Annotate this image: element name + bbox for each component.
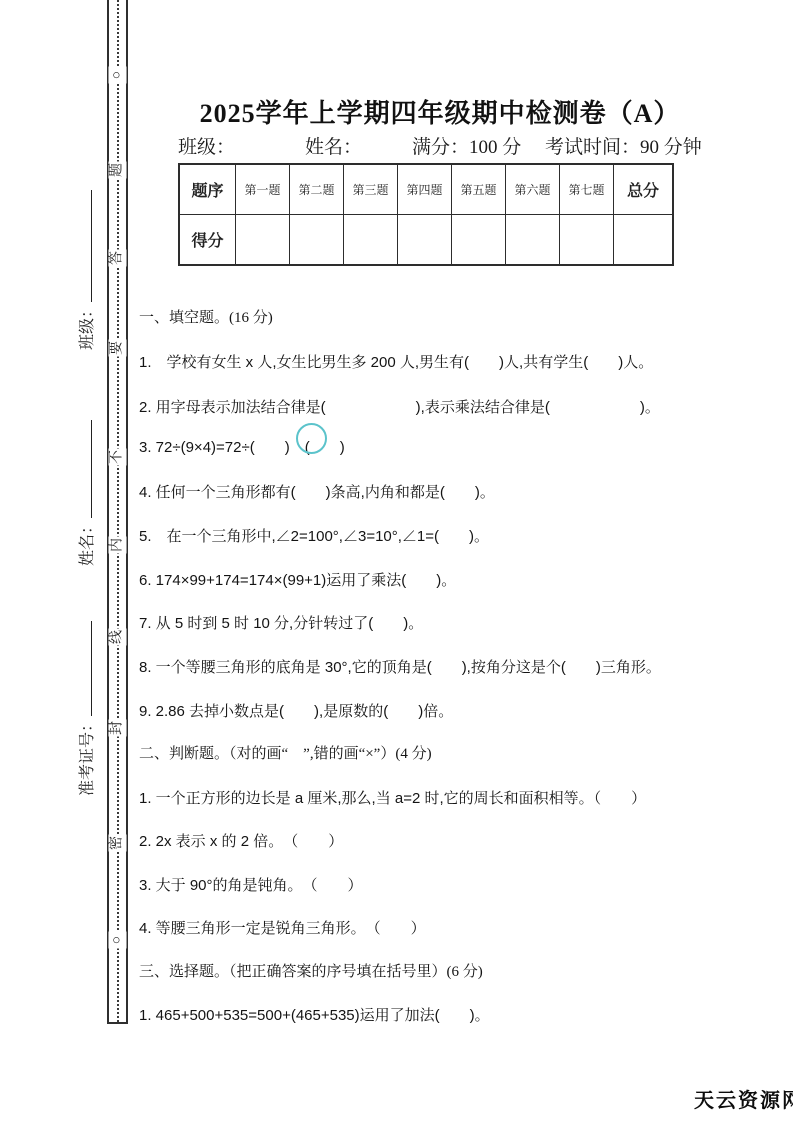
question: 3. 72÷(9×4)=72÷( ) ( ) [139,436,709,457]
question: 4. 任何一个三角形都有( )条高,内角和都是( )。 [139,481,709,502]
seal-char: 线 [109,629,127,646]
score-cell [290,215,344,266]
score-cell [506,215,560,266]
margin-examid-label: 准考证号： [74,621,97,796]
margin-examid-label-text: 准考证号： [79,716,96,796]
score-table-header-cell: 第七题 [560,164,614,215]
score-table-header-cell: 第六题 [506,164,560,215]
score-cell [614,215,674,266]
score-table-header-cell: 第三题 [344,164,398,215]
score-table-header-cell: 第四题 [398,164,452,215]
seal-line-column: ○ 题 答 要 不 内 线 封 密 ○ [107,0,128,1024]
score-cell [236,215,290,266]
question: 9. 2.86 去掉小数点是( ),是原数的( )倍。 [139,700,709,721]
score-cell [398,215,452,266]
question: 6. 174×99+174=174×(99+1)运用了乘法( )。 [139,569,709,590]
seal-char: 内 [109,537,127,554]
question: 2. 用字母表示加法结合律是( ),表示乘法结合律是( )。 [139,396,709,417]
score-cell [452,215,506,266]
question: 1. 学校有女生 x 人,女生比男生多 200 人,男生有( )人,共有学生( … [139,351,709,372]
watermark: 天云资源网 [694,1084,793,1113]
info-name-label: 姓名： [305,132,362,159]
seal-circle-icon: ○ [109,932,127,949]
question: 3. 大于 90°的角是钝角。 （ ） [139,874,709,895]
seal-dotted-line [117,0,119,1022]
score-cell [344,215,398,266]
question: 1. 一个正方形的边长是 a 厘米,那么,当 a=2 时,它的周长和面积相等。（… [139,787,709,808]
score-cell [560,215,614,266]
seal-char: 不 [109,449,127,466]
question: 7. 从 5 时到 5 时 10 分,分针转过了( )。 [139,612,709,633]
info-full-score: 满分：100 分 [412,132,521,159]
section-2-heading: 二、判断题。（对的画“ ”,错的画“×”）(4 分) [139,742,709,763]
score-row-label: 得分 [179,215,236,266]
score-table-header-cell: 总分 [614,164,674,215]
section-1-heading: 一、填空题。(16 分) [139,306,709,327]
seal-char: 题 [109,162,127,179]
score-table-header-cell: 题序 [179,164,236,215]
score-table-header-cell: 第二题 [290,164,344,215]
section-3-heading: 三、选择题。（把正确答案的序号填在括号里）(6 分) [139,960,709,981]
question: 4. 等腰三角形一定是锐角三角形。 （ ） [139,917,709,938]
question: 5. 在一个三角形中,∠2=100°,∠3=10°,∠1=( )。 [139,525,709,546]
score-table: 题序 第一题 第二题 第三题 第四题 第五题 第六题 第七题 总分 得分 [178,163,674,266]
exam-paper-page: ○ 题 答 要 不 内 线 封 密 ○ 班级： 姓名： 准考证号： 2025学年… [0,0,793,1122]
question: 8. 一个等腰三角形的底角是 30°,它的顶角是( ),按角分这是个( )三角形… [139,656,709,677]
score-table-header-cell: 第五题 [452,164,506,215]
seal-char: 封 [109,720,127,737]
score-table-header-cell: 第一题 [236,164,290,215]
question: 1. 465+500+535=500+(465+535)运用了加法( )。 [139,1004,709,1025]
name-blank-line [77,420,92,518]
seal-char: 要 [109,340,127,357]
page-title: 2025学年上学期四年级期中检测卷（A） [160,93,720,130]
margin-class-label-text: 班级： [79,302,96,350]
circle-annotation [296,423,327,454]
examid-blank-line [77,621,92,716]
question: 2. 2x 表示 x 的 2 倍。 （ ） [139,830,709,851]
margin-class-label: 班级： [74,190,97,350]
score-table-header-row: 题序 第一题 第二题 第三题 第四题 第五题 第六题 第七题 总分 [179,164,673,215]
margin-name-label-text: 姓名： [79,518,96,566]
seal-char: 密 [109,835,127,852]
seal-circle-icon: ○ [109,67,127,84]
info-exam-time: 考试时间：90 分钟 [545,132,702,159]
info-class-label: 班级： [178,132,235,159]
class-blank-line [77,190,92,302]
margin-name-label: 姓名： [74,420,97,566]
seal-char: 答 [109,250,127,267]
score-table-score-row: 得分 [179,215,673,266]
